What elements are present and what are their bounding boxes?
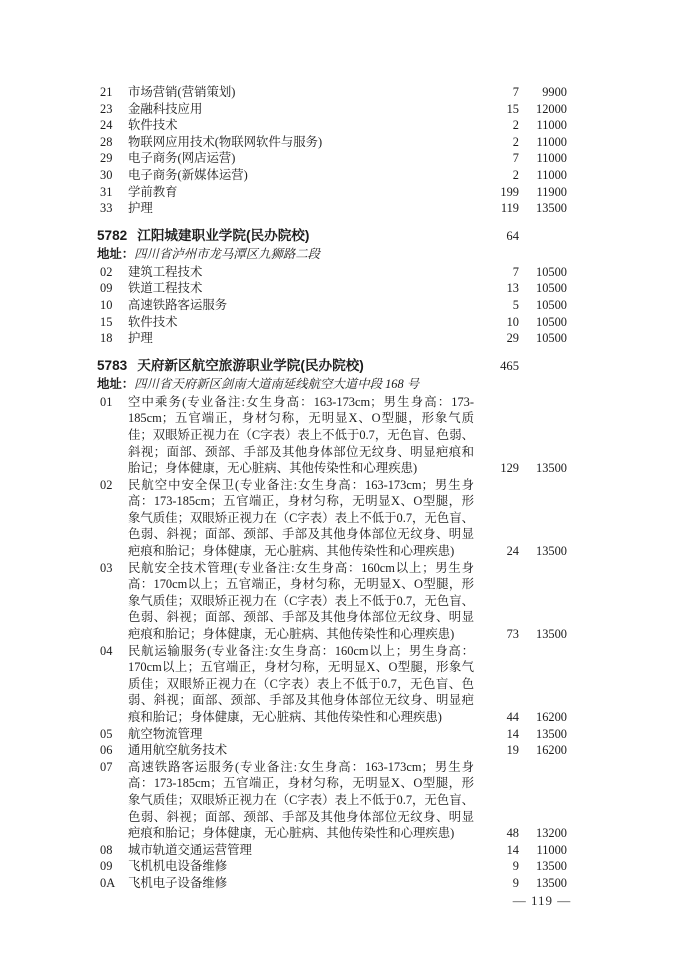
program-code: 05 [100,726,112,743]
program-row: 28物联网应用技术(物联网软件与服务)211000 [97,134,567,151]
program-numbers: 79900 [455,84,567,101]
program-code: 06 [100,742,112,759]
program-code: 23 [100,101,112,118]
program-tuition-fee: 10500 [519,264,567,281]
program-name: 民航运输服务(专业备注:女生身高：160cm以上；男生身高：170cm以上；五官… [128,643,474,726]
program-name: 护理 [128,200,474,217]
program-tuition-fee: 10500 [519,297,567,314]
program-name: 民航安全技术管理(专业备注:女生身高：160cm以上；男生身高：170cm以上；… [128,560,474,643]
document-content: 21市场营销(营销策划)7990023金融科技应用151200024软件技术21… [97,84,567,892]
program-code: 10 [100,297,112,314]
program-code: 28 [100,134,112,151]
program-numbers: 211000 [455,167,567,184]
program-tuition-fee: 11000 [519,167,567,184]
program-enrollment-count: 24 [455,543,519,560]
program-name: 飞机电子设备维修 [128,875,474,892]
page-number: — 119 — [462,893,622,909]
program-name: 物联网应用技术(物联网软件与服务) [128,134,474,151]
program-numbers: 1010500 [455,314,567,331]
program-numbers: 4813200 [455,825,567,842]
program-numbers: 711000 [455,150,567,167]
program-row: 06通用航空航务技术1916200 [97,742,567,759]
program-code: 33 [100,200,112,217]
program-numbers: 510500 [455,297,567,314]
school-header: 5783天府新区航空旅游职业学院(民办院校)465 [97,356,567,375]
program-code: 31 [100,184,112,201]
program-row: 21市场营销(营销策划)79900 [97,84,567,101]
program-numbers: 1512000 [455,101,567,118]
program-enrollment-count: 13 [455,280,519,297]
program-enrollment-count: 14 [455,726,519,743]
school-code: 5783 [97,358,127,373]
program-numbers: 1413500 [455,726,567,743]
program-name: 电子商务(新媒体运营) [128,167,474,184]
school-code: 5782 [97,228,127,243]
program-name: 软件技术 [128,314,474,331]
program-tuition-fee: 13500 [519,726,567,743]
program-name: 航空物流管理 [128,726,474,743]
program-row: 02民航空中安全保卫(专业备注:女生身高：163-173cm；男生身高：173-… [97,477,567,560]
program-name: 飞机机电设备维修 [128,858,474,875]
program-tuition-fee: 13500 [519,626,567,643]
program-tuition-fee: 13200 [519,825,567,842]
program-row: 23金融科技应用1512000 [97,101,567,118]
program-numbers: 913500 [455,875,567,892]
program-enrollment-count: 14 [455,842,519,859]
program-enrollment-count: 5 [455,297,519,314]
program-code: 0A [100,875,115,892]
program-name: 护理 [128,330,474,347]
program-name: 市场营销(营销策划) [128,84,474,101]
program-numbers: 710500 [455,264,567,281]
program-enrollment-count: 48 [455,825,519,842]
program-row: 15软件技术1010500 [97,314,567,331]
program-tuition-fee: 11000 [519,842,567,859]
program-tuition-fee: 12000 [519,101,567,118]
program-tuition-fee: 11000 [519,134,567,151]
program-enrollment-count: 2 [455,167,519,184]
program-code: 08 [100,842,112,859]
program-row: 05航空物流管理1413500 [97,726,567,743]
program-row: 18护理2910500 [97,330,567,347]
address-line: 地址：四川省天府新区剑南大道南延线航空大道中段 168 号 [97,376,567,393]
program-numbers: 2413500 [455,543,567,560]
program-enrollment-count: 9 [455,858,519,875]
program-enrollment-count: 15 [455,101,519,118]
program-code: 09 [100,280,112,297]
program-code: 07 [100,759,112,776]
program-code: 03 [100,560,112,577]
program-row: 03民航安全技术管理(专业备注:女生身高：160cm以上；男生身高：170cm以… [97,560,567,643]
program-name: 空中乘务(专业备注:女生身高：163-173cm；男生身高：173-185cm；… [128,394,474,477]
school-section: 21市场营销(营销策划)7990023金融科技应用151200024软件技术21… [97,84,567,217]
program-row: 29电子商务(网店运营)711000 [97,150,567,167]
program-enrollment-count: 2 [455,117,519,134]
program-code: 29 [100,150,112,167]
address-text: 四川省泸州市龙马潭区九狮路二段 [134,247,320,261]
program-numbers: 12913500 [455,460,567,477]
school-section: 5782江阳城建职业学院(民办院校)64地址：四川省泸州市龙马潭区九狮路二段02… [97,226,567,347]
program-row: 0A飞机电子设备维修913500 [97,875,567,892]
program-row: 30电子商务(新媒体运营)211000 [97,167,567,184]
program-numbers: 2910500 [455,330,567,347]
program-numbers: 913500 [455,858,567,875]
program-enrollment-count: 9 [455,875,519,892]
program-tuition-fee: 10500 [519,314,567,331]
program-name: 建筑工程技术 [128,264,474,281]
program-tuition-fee: 11000 [519,150,567,167]
program-numbers: 4416200 [455,709,567,726]
program-tuition-fee: 13500 [519,543,567,560]
program-enrollment-count: 119 [455,200,519,217]
program-enrollment-count: 129 [455,460,519,477]
program-numbers: 1916200 [455,742,567,759]
program-tuition-fee: 11000 [519,117,567,134]
program-tuition-fee: 13500 [519,875,567,892]
program-name: 民航空中安全保卫(专业备注:女生身高：163-173cm；男生身高：173-18… [128,477,474,560]
program-name: 软件技术 [128,117,474,134]
program-code: 02 [100,477,112,494]
program-row: 08城市轨道交通运营管理1411000 [97,842,567,859]
school-title: 江阳城建职业学院(民办院校) [137,228,309,243]
program-name: 铁道工程技术 [128,280,474,297]
program-numbers: 211000 [455,134,567,151]
program-row: 31学前教育19911900 [97,184,567,201]
program-enrollment-count: 2 [455,134,519,151]
program-code: 30 [100,167,112,184]
program-name: 高速铁路客运服务 [128,297,474,314]
program-row: 07高速铁路客运服务(专业备注:女生身高：163-173cm；男生身高：173-… [97,759,567,842]
program-name: 高速铁路客运服务(专业备注:女生身高：163-173cm；男生身高：173-18… [128,759,474,842]
program-row: 09飞机机电设备维修913500 [97,858,567,875]
program-numbers: 11913500 [455,200,567,217]
program-row: 33护理11913500 [97,200,567,217]
program-enrollment-count: 44 [455,709,519,726]
program-row: 09铁道工程技术1310500 [97,280,567,297]
program-tuition-fee: 11900 [519,184,567,201]
program-name: 学前教育 [128,184,474,201]
school-title: 天府新区航空旅游职业学院(民办院校) [137,358,364,373]
program-tuition-fee: 9900 [519,84,567,101]
program-code: 02 [100,264,112,281]
program-numbers: 7313500 [455,626,567,643]
program-numbers: 1411000 [455,842,567,859]
program-name: 金融科技应用 [128,101,474,118]
program-row: 04民航运输服务(专业备注:女生身高：160cm以上；男生身高：170cm以上；… [97,643,567,726]
program-tuition-fee: 13500 [519,858,567,875]
program-code: 15 [100,314,112,331]
program-tuition-fee: 10500 [519,280,567,297]
address-label: 地址： [97,377,134,391]
school-total-count: 64 [506,227,519,246]
program-enrollment-count: 7 [455,84,519,101]
address-text: 四川省天府新区剑南大道南延线航空大道中段 168 号 [134,377,419,391]
program-numbers: 211000 [455,117,567,134]
program-name: 通用航空航务技术 [128,742,474,759]
program-enrollment-count: 7 [455,264,519,281]
program-row: 02建筑工程技术710500 [97,264,567,281]
program-code: 24 [100,117,112,134]
program-tuition-fee: 13500 [519,200,567,217]
program-tuition-fee: 16200 [519,709,567,726]
program-tuition-fee: 10500 [519,330,567,347]
program-numbers: 1310500 [455,280,567,297]
program-enrollment-count: 199 [455,184,519,201]
program-enrollment-count: 73 [455,626,519,643]
program-numbers: 19911900 [455,184,567,201]
program-code: 21 [100,84,112,101]
program-row: 24软件技术211000 [97,117,567,134]
program-code: 09 [100,858,112,875]
program-tuition-fee: 13500 [519,460,567,477]
school-total-count: 465 [500,357,519,376]
program-code: 18 [100,330,112,347]
program-enrollment-count: 29 [455,330,519,347]
program-code: 04 [100,643,112,660]
document-page: 21市场营销(营销策划)7990023金融科技应用151200024软件技术21… [0,0,680,961]
program-enrollment-count: 19 [455,742,519,759]
school-section: 5783天府新区航空旅游职业学院(民办院校)465地址：四川省天府新区剑南大道南… [97,356,567,892]
program-row: 10高速铁路客运服务510500 [97,297,567,314]
program-row: 01空中乘务(专业备注:女生身高：163-173cm；男生身高：173-185c… [97,394,567,477]
program-name: 城市轨道交通运营管理 [128,842,474,859]
program-code: 01 [100,394,112,411]
address-line: 地址：四川省泸州市龙马潭区九狮路二段 [97,246,567,263]
program-tuition-fee: 16200 [519,742,567,759]
address-label: 地址： [97,247,134,261]
program-enrollment-count: 7 [455,150,519,167]
program-enrollment-count: 10 [455,314,519,331]
school-header: 5782江阳城建职业学院(民办院校)64 [97,226,567,245]
program-name: 电子商务(网店运营) [128,150,474,167]
